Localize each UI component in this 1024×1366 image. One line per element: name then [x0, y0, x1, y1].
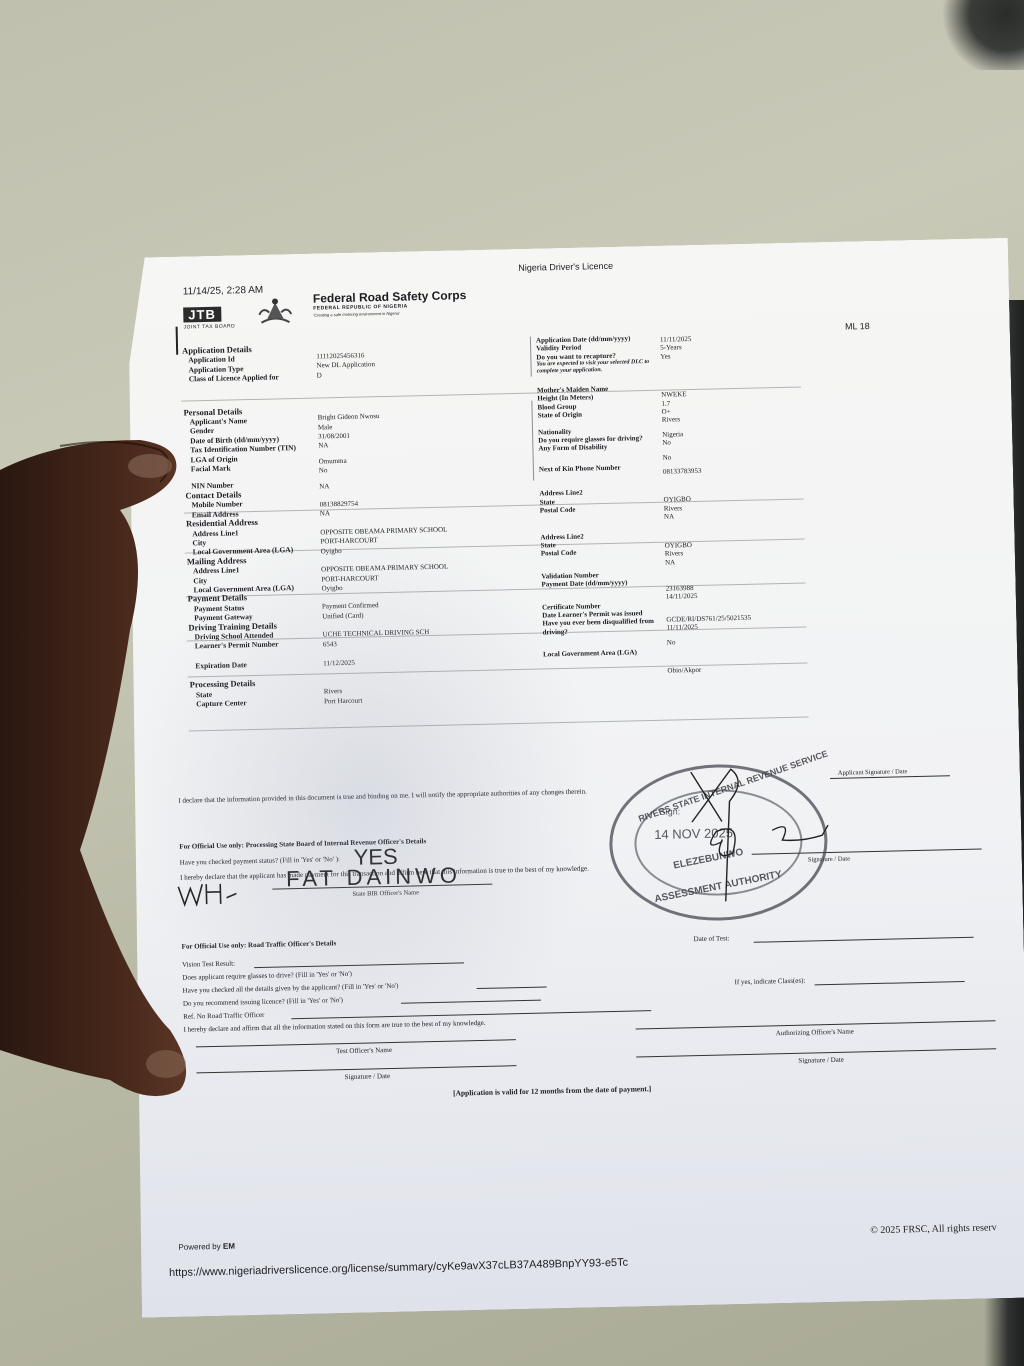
date-of-test-label: Date of Test: — [694, 934, 730, 943]
document-title: Nigeria Driver's Licence — [518, 261, 613, 273]
stamp-signature-scribble — [651, 759, 834, 913]
classes-input[interactable] — [815, 981, 965, 985]
powered-by-logo: EM — [223, 1242, 235, 1251]
handwritten-initials — [176, 877, 247, 909]
field-label: Capture Center — [196, 697, 320, 709]
vision-test-label: Vision Test Result: — [182, 960, 235, 969]
divider — [189, 716, 809, 731]
page-url[interactable]: https://www.nigeriadriverslicence.org/li… — [169, 1257, 628, 1279]
ref-no-input[interactable] — [291, 1010, 651, 1019]
revenue-service-stamp: RIVERS STATE INTERNAL REVENUE SERVICE Si… — [608, 762, 829, 923]
jtb-logo: JTB JOINT TAX BOARD — [183, 305, 235, 330]
details-checked-question: Have you checked all the details given b… — [183, 982, 399, 995]
copyright: © 2025 FRSC, All rights reserv — [870, 1222, 997, 1236]
powered-by-label: Powered by — [178, 1242, 220, 1252]
jtb-logo-mark: JTB — [183, 307, 221, 323]
column-divider — [531, 401, 534, 481]
ref-no-label: Ref. No Road Traffic Officer — [183, 1011, 264, 1021]
recommend-question: Do you recommend issuing licence? (Fill … — [183, 996, 343, 1008]
right-values: 11/11/2025 5-Years Yes NWEKE 1.7 O+ Rive… — [660, 333, 808, 675]
details-checked-input[interactable] — [477, 986, 547, 989]
left-values: 11112025456316 New DL Application D Brig… — [316, 348, 524, 707]
vision-test-input[interactable] — [254, 962, 464, 968]
print-timestamp: 11/14/25, 2:28 AM — [183, 285, 264, 298]
glasses-question: Does applicant require glasses to drive?… — [182, 970, 352, 982]
coat-of-arms-icon — [255, 296, 296, 327]
application-document: 11/14/25, 2:28 AM Nigeria Driver's Licen… — [118, 238, 1024, 1318]
declaration-text: I declare that the information provided … — [178, 788, 587, 805]
rto-affirmation: I hereby declare and affirm that all the… — [183, 1019, 485, 1034]
jtb-caption: JOINT TAX BOARD — [184, 323, 236, 330]
powered-by: Powered by EM — [178, 1242, 235, 1252]
car-mirror — [934, 0, 1024, 70]
test-officer-signature-label: Signature / Date — [345, 1072, 391, 1081]
column-divider — [530, 337, 532, 377]
test-officer-name-label: Test Officer's Name — [336, 1046, 392, 1055]
authorizing-officer-label: Authorizing Officer's Name — [776, 1028, 854, 1038]
field-label: Local Government Area (LGA) — [543, 648, 661, 659]
section-marker — [176, 327, 179, 355]
recommend-input[interactable] — [401, 1000, 541, 1004]
form-code: ML 18 — [845, 321, 870, 332]
org-slogan: 'Creating a safe motoring environment in… — [313, 311, 400, 318]
classes-label: If yes, indicate Class(es): — [734, 977, 805, 987]
authorizing-officer-signature-label: Signature / Date — [798, 1056, 844, 1065]
bir-officer-name-label: State BIR Officer's Name — [352, 889, 419, 898]
validity-note: [Application is valid for 12 months from… — [453, 1084, 651, 1097]
rto-heading: For Official Use only: Road Traffic Offi… — [182, 939, 337, 951]
date-of-test-input[interactable] — [754, 937, 974, 943]
right-labels: Application Date (dd/mm/yyyy) Validity P… — [536, 334, 661, 659]
